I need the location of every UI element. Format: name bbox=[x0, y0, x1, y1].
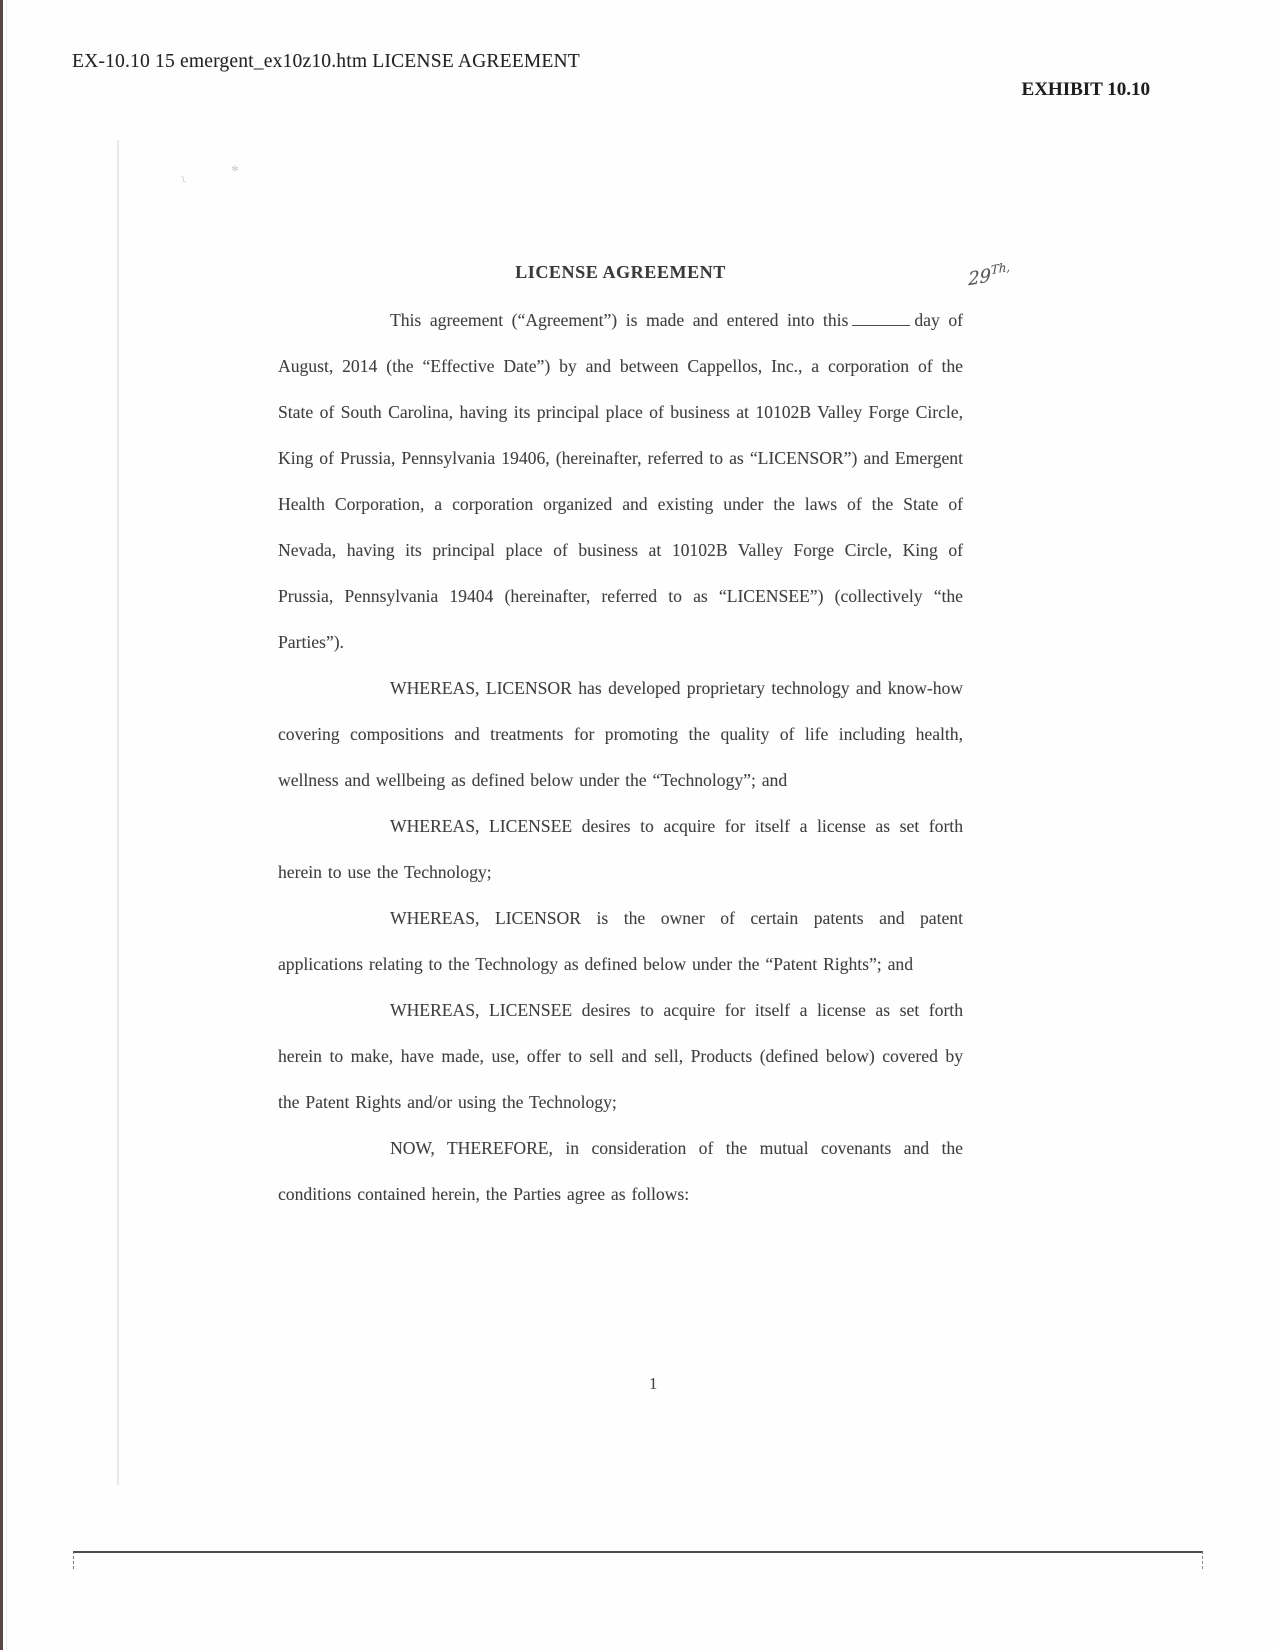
paragraph-intro-before: This agreement (“Agreement”) is made and… bbox=[390, 310, 848, 330]
pencil-mark: * bbox=[231, 163, 239, 181]
page-number: 1 bbox=[649, 1374, 657, 1394]
paragraph-intro-after: day of August, 2014 (the “Effective Date… bbox=[278, 310, 963, 652]
pencil-mark: ~ bbox=[173, 173, 191, 187]
paragraph-whereas-technology: WHEREAS, LICENSOR has developed propriet… bbox=[278, 665, 963, 803]
scanned-document-page: EX-10.10 15 emergent_ex10z10.htm LICENSE… bbox=[0, 0, 1275, 1650]
scan-edge-soft-line bbox=[6, 0, 7, 1650]
paragraph-whereas-patents: WHEREAS, LICENSOR is the owner of certai… bbox=[278, 895, 963, 987]
scan-edge-bar bbox=[0, 0, 3, 1650]
page-edge-line bbox=[117, 140, 119, 1485]
bottom-partial-box bbox=[73, 1551, 1203, 1569]
document-text: This agreement (“Agreement”) is made and… bbox=[278, 297, 963, 1217]
paragraph-now-therefore: NOW, THEREFORE, in consideration of the … bbox=[278, 1125, 963, 1217]
paragraph-intro: This agreement (“Agreement”) is made and… bbox=[278, 297, 963, 665]
exhibit-label: EXHIBIT 10.10 bbox=[1022, 79, 1150, 101]
handwritten-date-underline: 29Th, bbox=[852, 311, 910, 326]
paragraph-whereas-products: WHEREAS, LICENSEE desires to acquire for… bbox=[278, 987, 963, 1125]
document-body: LICENSE AGREEMENT This agreement (“Agree… bbox=[278, 262, 963, 1217]
filing-header-filename: EX-10.10 15 emergent_ex10z10.htm LICENSE… bbox=[72, 51, 580, 73]
paragraph-whereas-license-use: WHEREAS, LICENSEE desires to acquire for… bbox=[278, 803, 963, 895]
